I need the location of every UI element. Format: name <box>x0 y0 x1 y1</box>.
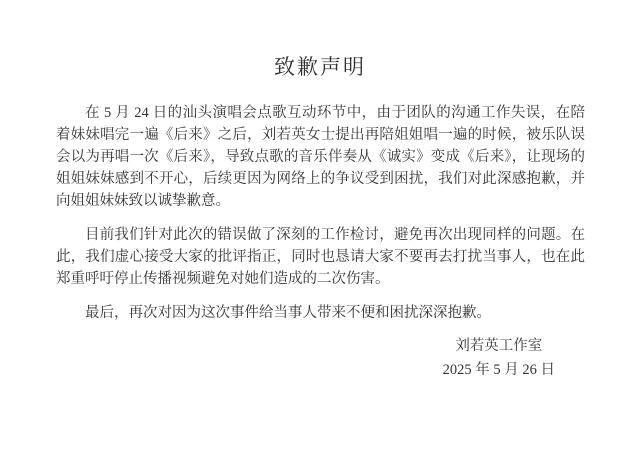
signature-inner: 刘若英工作室 2025 年 5 月 26 日 <box>443 335 555 381</box>
document-body: 在 5 月 24 日的汕头演唱会点歌互动环节中，由于团队的沟通工作失误，在陪着妹… <box>56 102 585 324</box>
paragraph-review-and-appeal: 目前我们针对此次的错误做了深刻的工作检讨，避免再次出现同样的问题。在此，我们虚心… <box>56 224 585 290</box>
paragraph-incident-description: 在 5 月 24 日的汕头演唱会点歌互动环节中，由于团队的沟通工作失误，在陪着妹… <box>56 102 585 212</box>
apology-statement-page: 致歉声明 在 5 月 24 日的汕头演唱会点歌互动环节中，由于团队的沟通工作失误… <box>0 0 640 461</box>
signature-studio-name: 刘若英工作室 <box>443 335 555 357</box>
paragraph-final-apology: 最后，再次对因为这次事件给当事人带来不便和困扰深深抱歉。 <box>56 302 585 324</box>
signature-block: 刘若英工作室 2025 年 5 月 26 日 <box>0 335 640 381</box>
document-title: 致歉声明 <box>0 0 640 81</box>
signature-date: 2025 年 5 月 26 日 <box>443 359 555 381</box>
